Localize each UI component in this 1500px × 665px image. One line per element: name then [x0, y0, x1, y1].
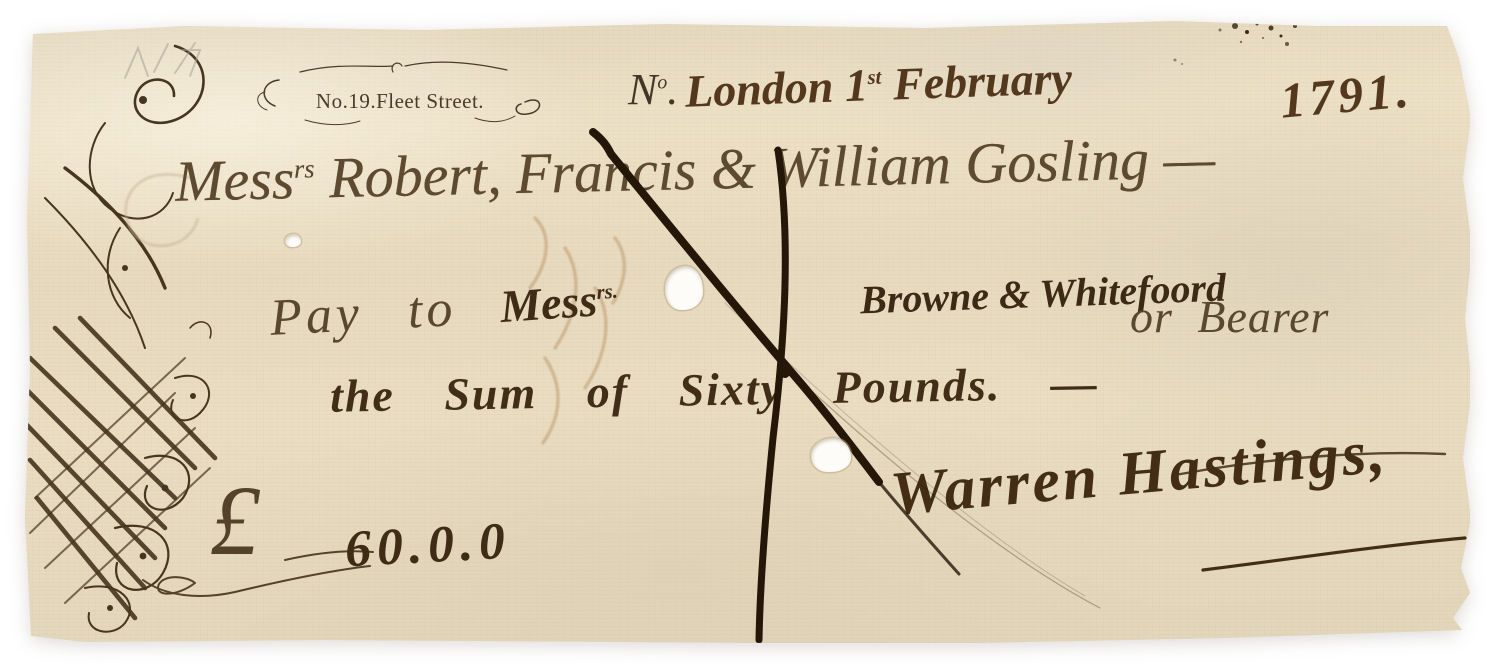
paper-hole-small [285, 234, 301, 247]
paper-hole-middle [665, 266, 703, 310]
cancellation-cross [25, 18, 1470, 643]
paper-hole-lower [811, 438, 851, 472]
stain-speckles [1185, 18, 1315, 73]
scanned-cheque-image: No.19.Fleet Street. No. London 1st Febru… [0, 0, 1500, 665]
paper-shadow-wrap: No.19.Fleet Street. No. London 1st Febru… [25, 18, 1470, 648]
cheque-paper: No.19.Fleet Street. No. London 1st Febru… [25, 18, 1470, 643]
